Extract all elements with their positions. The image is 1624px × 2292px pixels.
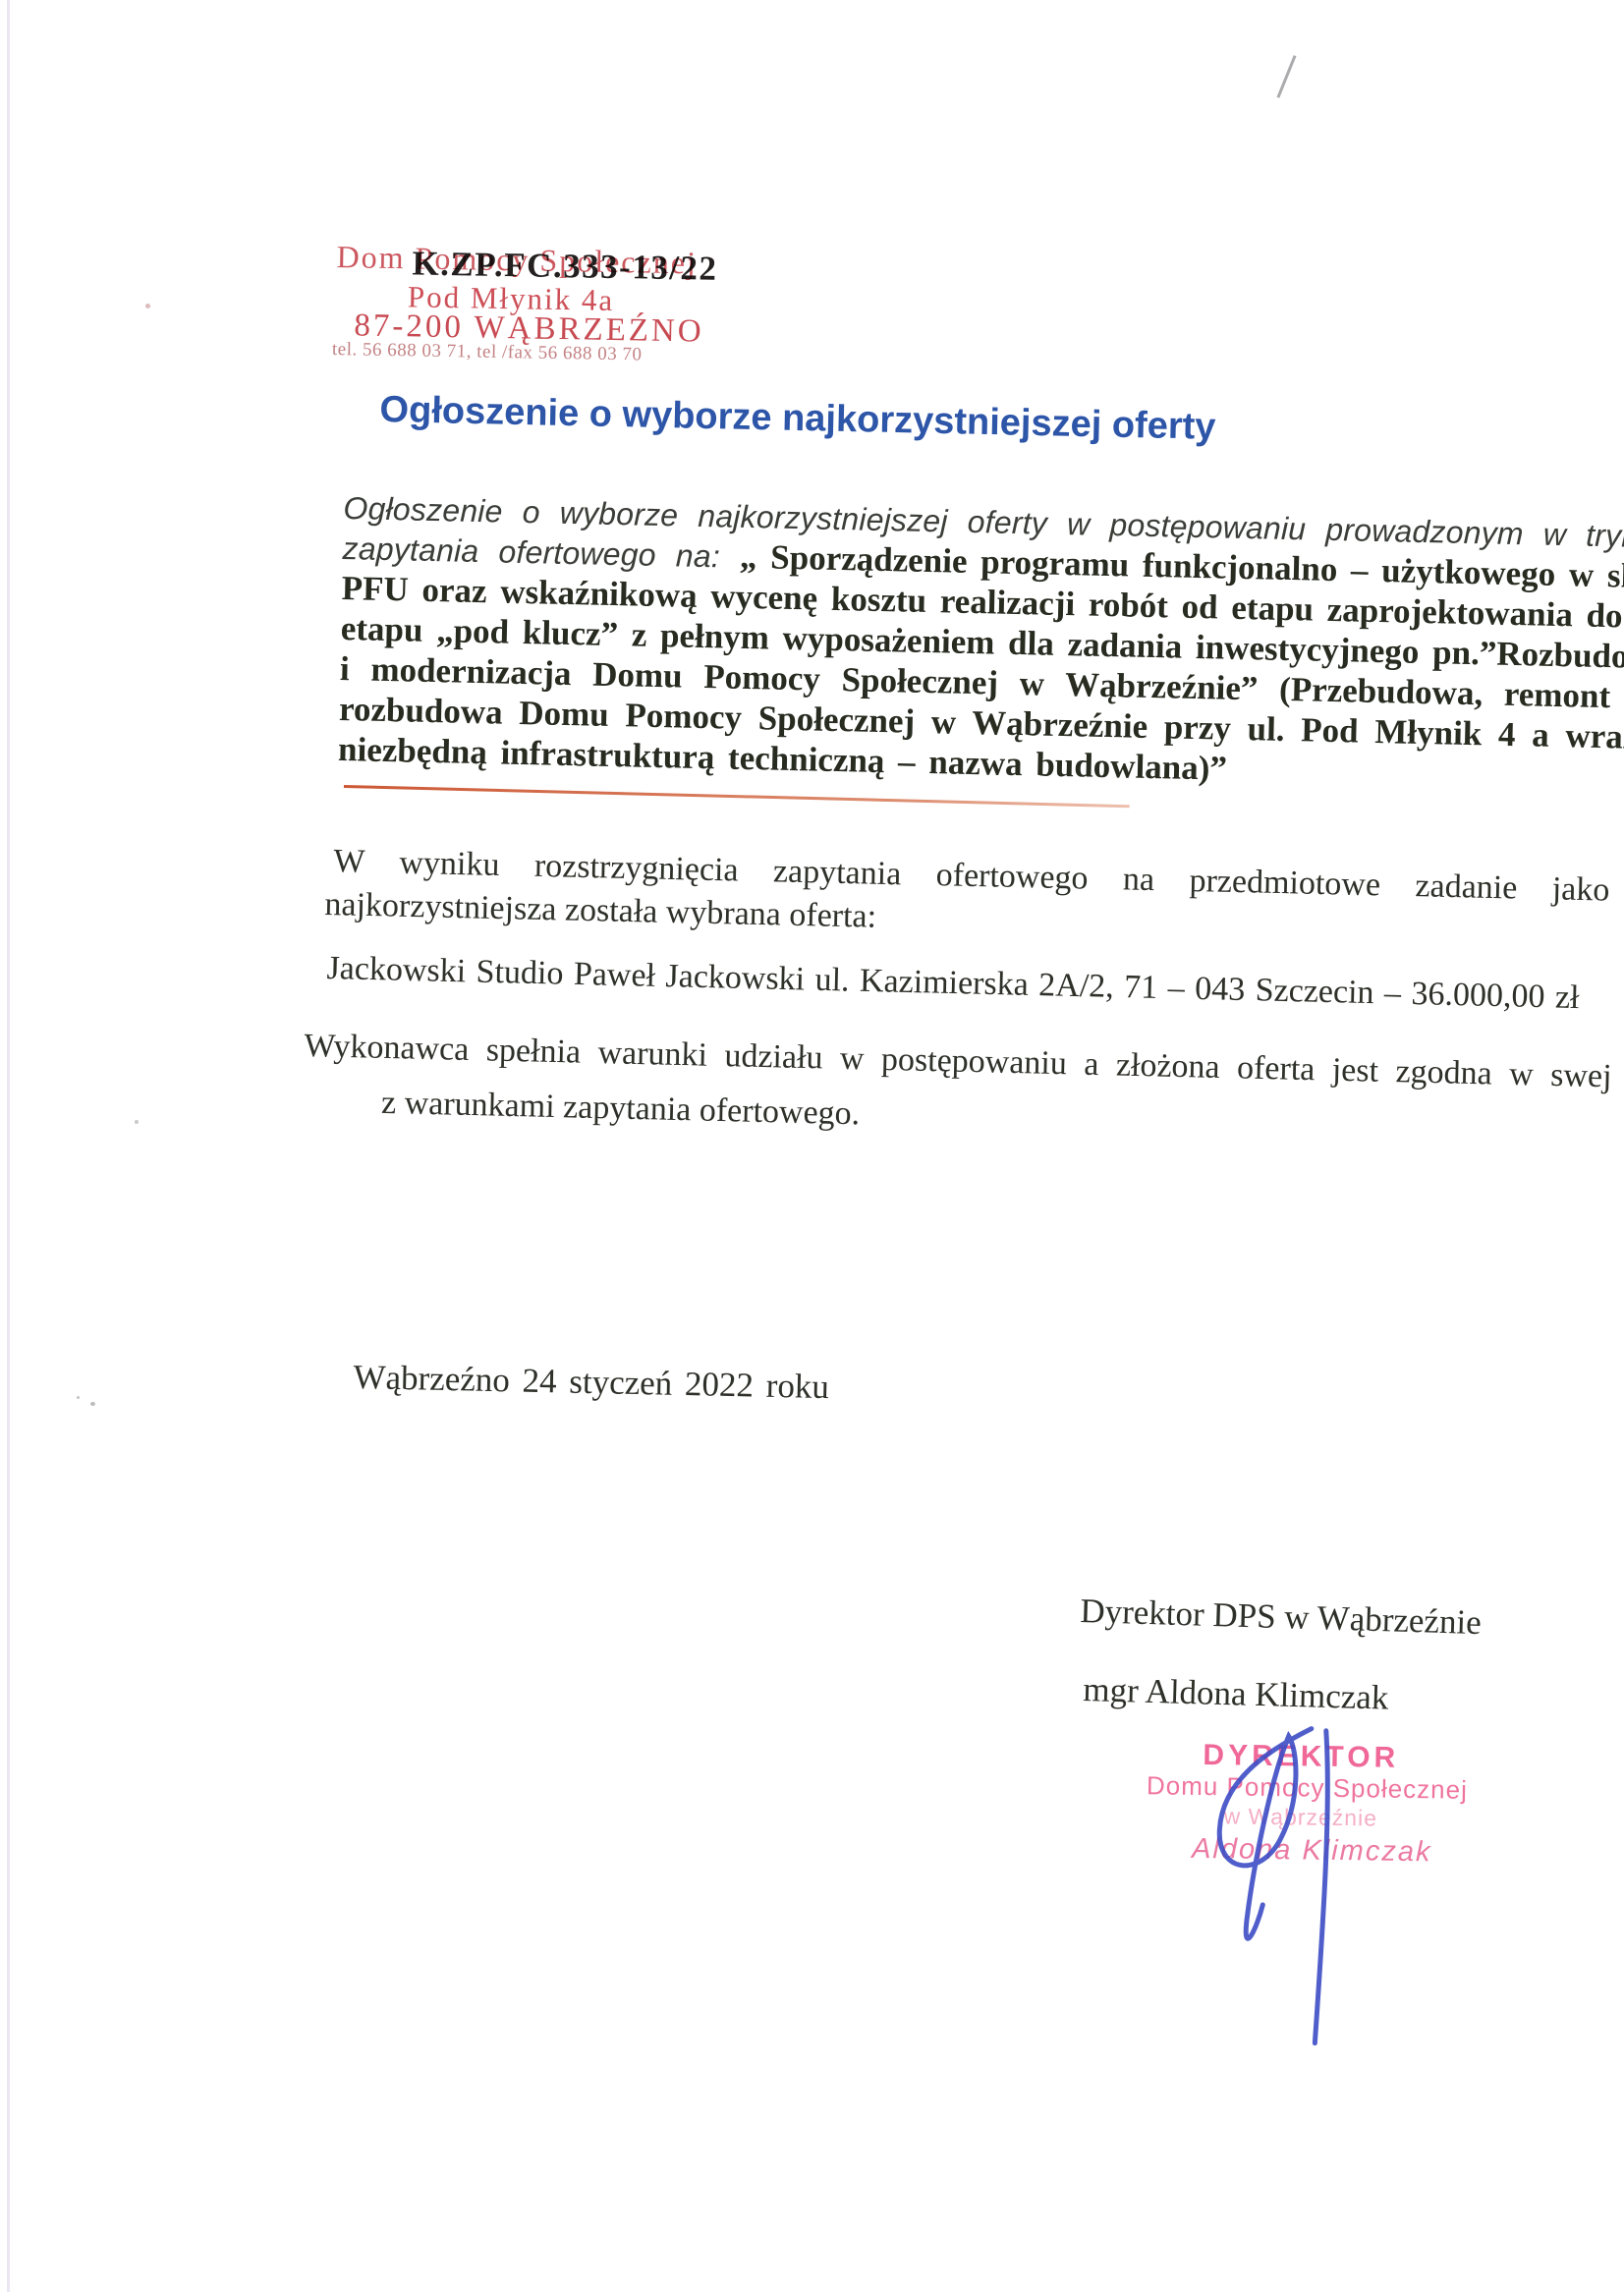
scan-edge-line (7, 0, 10, 2292)
document-title: Ogłoszenie o wyborze najkorzystniejszej … (379, 389, 1216, 449)
ink-speck (77, 1396, 80, 1399)
divider-line (344, 785, 1130, 808)
ink-speck (90, 1402, 95, 1406)
director-stamp: DYREKTOR Domu Pomocy Społecznej w Wąbrze… (1125, 1714, 1624, 2086)
winning-offer-line: Jackowski Studio Paweł Jackowski ul. Kaz… (326, 950, 1580, 1017)
signature-title: Dyrektor DPS w Wąbrzeźnie (1080, 1592, 1483, 1643)
result-paragraph: W wyniku rozstrzygnięcia zapytania ofert… (324, 840, 1610, 956)
top-right-pen-mark (1276, 55, 1296, 98)
signature-stroke (1315, 1731, 1328, 2043)
sender-stamp: Dom Pomocy Społecznej K.ZP.FC.333-13/22 … (332, 236, 884, 383)
scanned-document-page: Dom Pomocy Społecznej K.ZP.FC.333-13/22 … (0, 0, 1624, 2292)
signature-stroke (1218, 1727, 1312, 1939)
handwritten-signature (1174, 1715, 1434, 2073)
announcement-line-text: zapytania ofertowego na: (342, 531, 740, 575)
signature-name: mgr Aldona Klimczak (1083, 1670, 1389, 1718)
ink-speck (145, 304, 150, 308)
stamp-phone: tel. 56 688 03 71, tel /fax 56 688 03 70 (332, 339, 643, 366)
date-line: Wąbrzeźno 24 styczeń 2022 roku (353, 1358, 829, 1407)
ink-speck (135, 1120, 139, 1124)
announcement-paragraph: Ogłoszenie o wyborze najkorzystniejszej … (338, 487, 1624, 799)
compliance-paragraph: Wykonawca spełnia warunki udziału w post… (303, 1025, 1624, 1155)
